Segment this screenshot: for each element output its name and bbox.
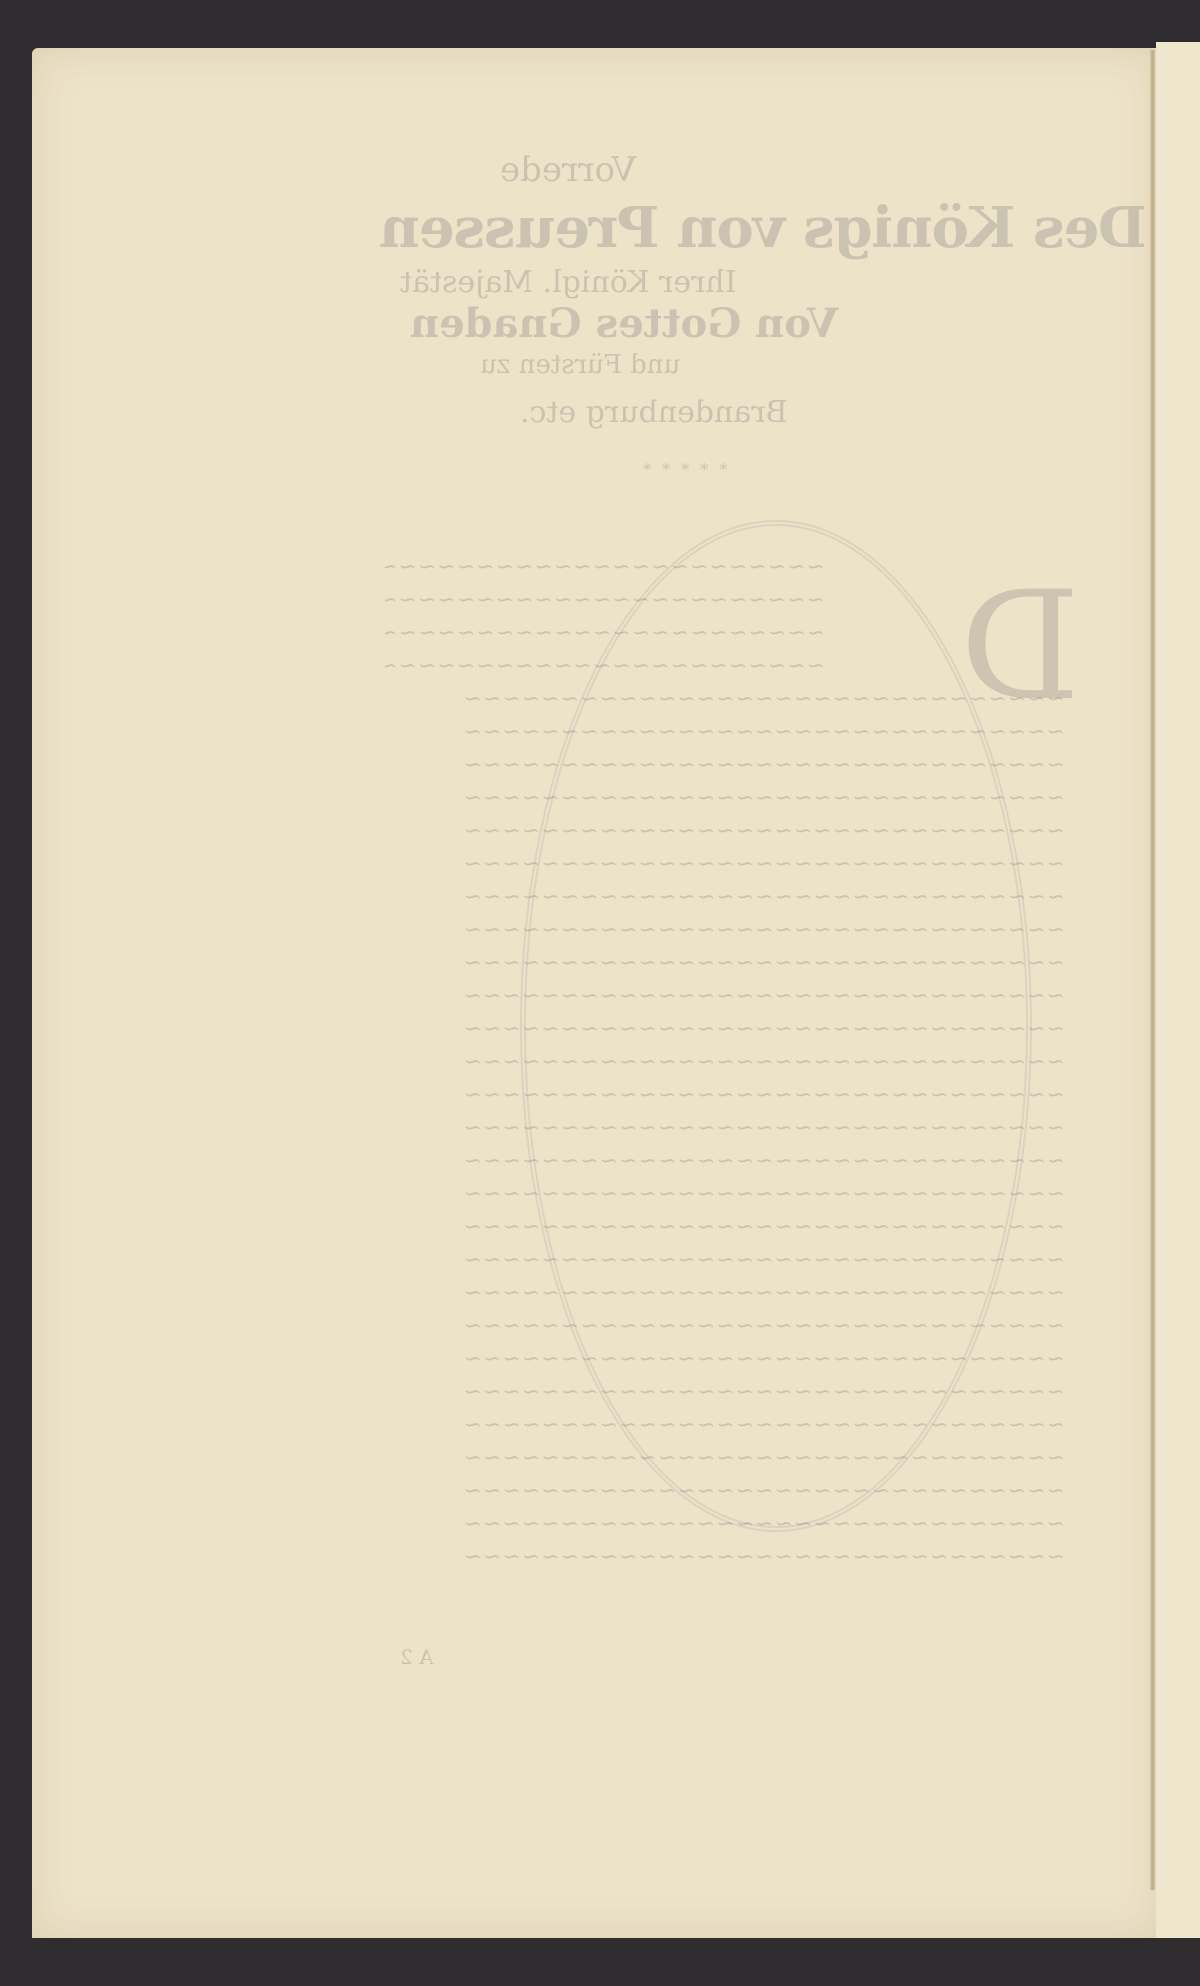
bleed-body-line: ~~~~~~~~~~~~~~~~~~~~~~~~~~~~~~~ bbox=[385, 1182, 1065, 1215]
bleed-body-line: ~~~~~~~~~~~~~~~~~~~~~~~~~~~~~~~ bbox=[385, 687, 1065, 720]
bleed-header-line: und Fürsten zu bbox=[480, 350, 680, 380]
bleed-body-line: ~~~~~~~~~~~~~~~~~~~~~~~~~~~~~~~ bbox=[385, 852, 1065, 885]
bleed-body-line: ~~~~~~~~~~~~~~~~~~~~~~~~~~~~~~~ bbox=[385, 753, 1065, 786]
bleed-body-line: ~~~~~~~~~~~~~~~~~~~~~~~~~~~~~~~ bbox=[385, 1347, 1065, 1380]
bleed-body-line: ~~~~~~~~~~~~~~~~~~~~~~~~~~~~~~~ bbox=[385, 1083, 1065, 1116]
bleed-body-line: ~~~~~~~~~~~~~~~~~~~~~~~~~~~~~~~ bbox=[385, 1314, 1065, 1347]
bleed-body-line: ~~~~~~~~~~~~~~~~~~~~~~~~~~~~~~~ bbox=[385, 1248, 1065, 1281]
bleed-body-line: ~~~~~~~~~~~~~~~~~~~~~~~~~~~~~~~ bbox=[385, 819, 1065, 852]
bleed-body-line: ~~~~~~~~~~~~~~~~~~~~~~~~~ bbox=[385, 555, 825, 588]
adjacent-page-edge bbox=[1156, 42, 1200, 1942]
bleed-body-line: ~~~~~~~~~~~~~~~~~~~~~~~~~~~~~~~ bbox=[385, 1380, 1065, 1413]
bleed-header-line: Ihrer Königl. Majestät bbox=[400, 265, 737, 300]
bleed-header-line: Des Königs von Preussen bbox=[380, 195, 1147, 261]
bleed-body-line: ~~~~~~~~~~~~~~~~~~~~~~~~~~~~~~~ bbox=[385, 1512, 1065, 1545]
bleed-body-line: ~~~~~~~~~~~~~~~~~~~~~~~~~~~~~~~ bbox=[385, 1479, 1065, 1512]
bleed-body-line: ~~~~~~~~~~~~~~~~~~~~~~~~~~~~~~~ bbox=[385, 1017, 1065, 1050]
bleed-ornament-rule: * * * * * bbox=[640, 460, 727, 479]
bleed-body-line: ~~~~~~~~~~~~~~~~~~~~~~~~~~~~~~~ bbox=[385, 885, 1065, 918]
bleed-body-line: ~~~~~~~~~~~~~~~~~~~~~~~~~~~~~~~ bbox=[385, 951, 1065, 984]
bleed-body-line: ~~~~~~~~~~~~~~~~~~~~~~~~~~~~~~~ bbox=[385, 720, 1065, 753]
bleed-body-line: ~~~~~~~~~~~~~~~~~~~~~~~~~~~~~~~ bbox=[385, 1050, 1065, 1083]
bleed-body-line: ~~~~~~~~~~~~~~~~~~~~~~~~~~~~~~~ bbox=[385, 1545, 1065, 1578]
bleed-body-line: ~~~~~~~~~~~~~~~~~~~~~~~~~~~~~~~ bbox=[385, 1281, 1065, 1314]
bleed-body-line: ~~~~~~~~~~~~~~~~~~~~~~~~~~~~~~~ bbox=[385, 984, 1065, 1017]
bleed-body-line: ~~~~~~~~~~~~~~~~~~~~~~~~~ bbox=[385, 621, 825, 654]
bleed-body-line: ~~~~~~~~~~~~~~~~~~~~~~~~~ bbox=[385, 588, 825, 621]
bleed-header-line: Vorrede bbox=[500, 150, 636, 190]
bleed-body-line: ~~~~~~~~~~~~~~~~~~~~~~~~~~~~~~~ bbox=[385, 1149, 1065, 1182]
bleed-body-line: ~~~~~~~~~~~~~~~~~~~~~~~~~~~~~~~ bbox=[385, 786, 1065, 819]
bleed-body-line: ~~~~~~~~~~~~~~~~~~~~~~~~~~~~~~~ bbox=[385, 1215, 1065, 1248]
bleed-body-line: ~~~~~~~~~~~~~~~~~~~~~~~~~ bbox=[385, 654, 825, 687]
scan-background bbox=[0, 1938, 1200, 1986]
bleed-body-text: ~~~~~~~~~~~~~~~~~~~~~~~~~~~~~~~~~~~~~~~~… bbox=[385, 555, 1065, 1578]
bleed-body-line: ~~~~~~~~~~~~~~~~~~~~~~~~~~~~~~~ bbox=[385, 918, 1065, 951]
bleed-header-line: Brandenburg etc. bbox=[520, 395, 788, 430]
bleed-body-line: ~~~~~~~~~~~~~~~~~~~~~~~~~~~~~~~ bbox=[385, 1116, 1065, 1149]
bleed-header-line: Von Gottes Gnaden bbox=[410, 300, 838, 347]
bleed-catchword: A 2 bbox=[400, 1645, 434, 1669]
bleed-body-line: ~~~~~~~~~~~~~~~~~~~~~~~~~~~~~~~ bbox=[385, 1413, 1065, 1446]
bleed-body-line: ~~~~~~~~~~~~~~~~~~~~~~~~~~~~~~~ bbox=[385, 1446, 1065, 1479]
